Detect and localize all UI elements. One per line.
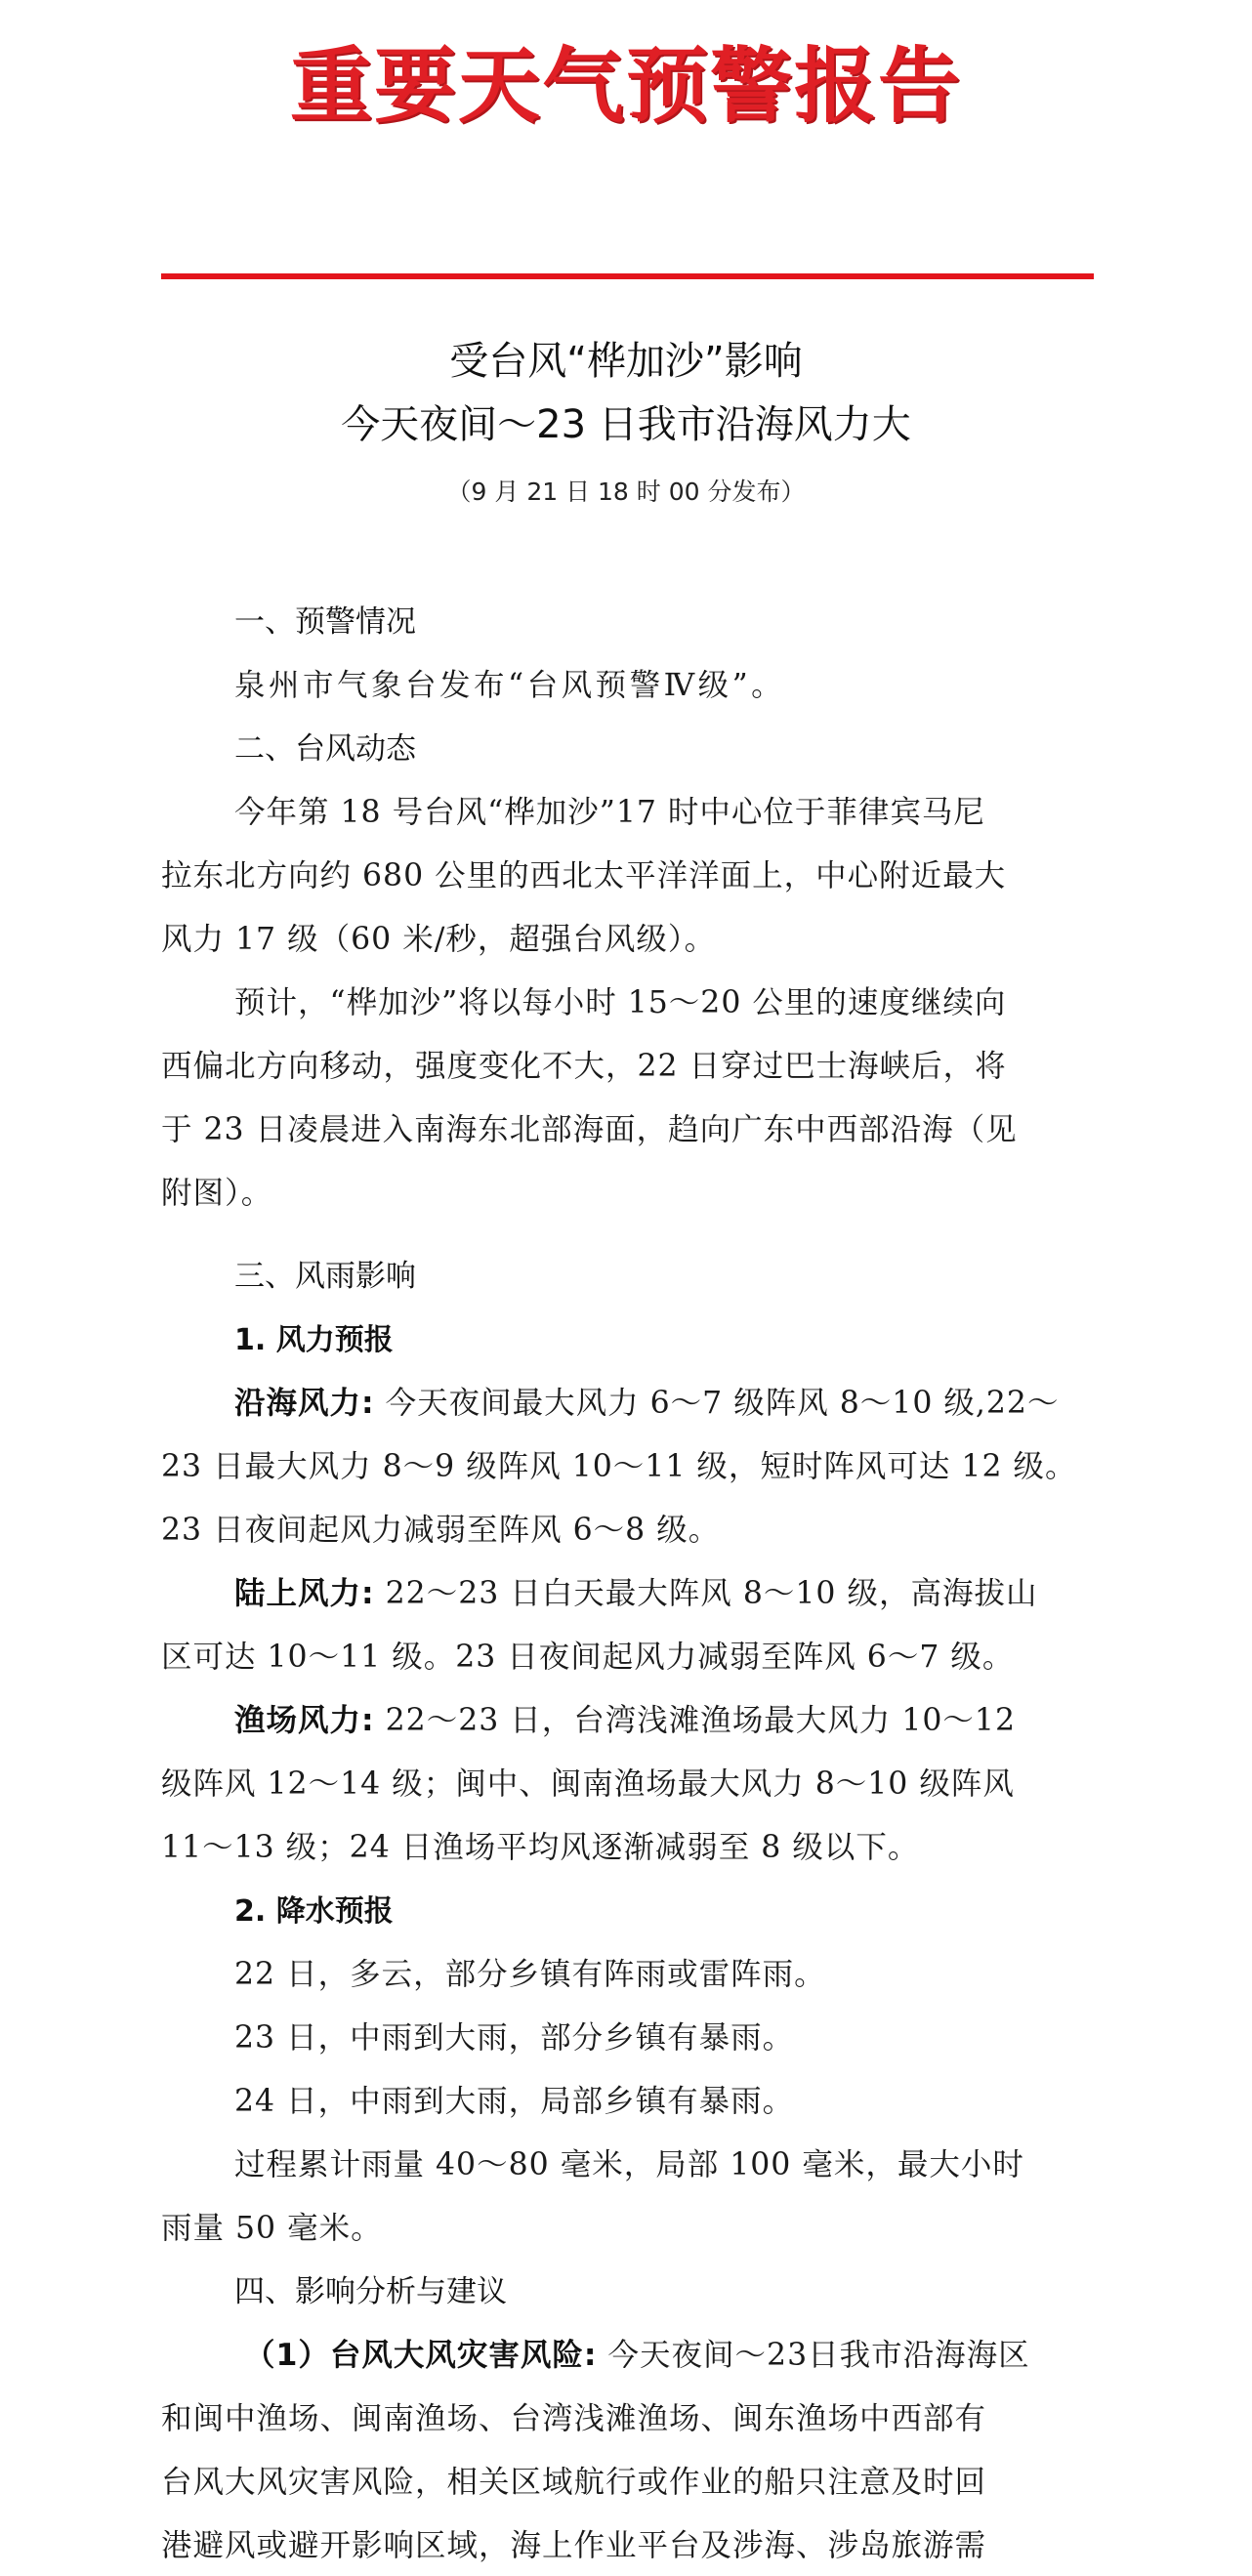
- land-wind-text: 22～23 日白天最大阵风 8～10 级，高海拔山: [375, 1576, 1038, 1611]
- rain-day-23: 23 日，中雨到大雨，部分乡镇有暴雨。: [161, 2007, 1094, 2070]
- rain-day-22: 22 日，多云，部分乡镇有阵雨或雷阵雨。: [161, 1943, 1094, 2007]
- land-wind-line-1: 陆上风力: 22～23 日白天最大阵风 8～10 级，高海拔山: [161, 1562, 1094, 1626]
- land-wind-line-2: 区可达 10～11 级。23 日夜间起风力减弱至阵风 6～7 级。: [161, 1626, 1094, 1689]
- rain-day-24: 24 日，中雨到大雨，局部乡镇有暴雨。: [161, 2070, 1094, 2134]
- section-heading-1: 一、预警情况: [161, 591, 1094, 654]
- fishery-wind-label: 渔场风力:: [234, 1703, 375, 1738]
- fishery-wind-line-2: 级阵风 12～14 级；闽中、闽南渔场最大风力 8～10 级阵风: [161, 1753, 1094, 1816]
- warning-status-text: 泉州市气象台发布“台风预警Ⅳ级”。: [161, 654, 1094, 718]
- coastal-wind-line-1: 沿海风力: 今天夜间最大风力 6～7 级阵风 8～10 级,22～: [161, 1372, 1094, 1435]
- rain-forecast-heading: 2. 降水预报: [161, 1880, 1094, 1943]
- fishery-wind-text: 22～23 日，台湾浅滩渔场最大风力 10～12: [375, 1703, 1016, 1738]
- risk1-line-4: 港避风或避开影响区域，海上作业平台及涉海、涉岛旅游需: [161, 2514, 1094, 2576]
- rain-total-line-2: 雨量 50 毫米。: [161, 2197, 1094, 2261]
- land-wind-label: 陆上风力:: [234, 1576, 375, 1611]
- fishery-wind-line-1: 渔场风力: 22～23 日，台湾浅滩渔场最大风力 10～12: [161, 1689, 1094, 1753]
- risk1-label: （1）台风大风灾害风险:: [244, 2338, 598, 2373]
- section-heading-3: 三、风雨影响: [161, 1245, 1094, 1309]
- headline-line-2: 今天夜间～23 日我市沿海风力大: [0, 397, 1252, 452]
- coastal-wind-label: 沿海风力:: [234, 1386, 375, 1421]
- rain-total-line-1: 过程累计雨量 40～80 毫米，局部 100 毫米，最大小时: [161, 2134, 1094, 2197]
- typhoon-p2-line-2: 西偏北方向移动，强度变化不大，22 日穿过巴士海峡后，将: [161, 1035, 1094, 1099]
- coastal-wind-line-3: 23 日夜间起风力减弱至阵风 6～8 级。: [161, 1499, 1094, 1562]
- risk1-line-1: （1）台风大风灾害风险: 今天夜间～23日我市沿海海区: [161, 2324, 1094, 2388]
- headline-line-1: 受台风“桦加沙”影响: [0, 334, 1252, 389]
- section-heading-4: 四、影响分析与建议: [161, 2261, 1094, 2324]
- report-body: 一、预警情况 泉州市气象台发布“台风预警Ⅳ级”。 二、台风动态 今年第 18 号…: [161, 591, 1094, 2576]
- typhoon-p2-line-4: 附图）。: [161, 1162, 1094, 1226]
- typhoon-p1-line-1: 今年第 18 号台风“桦加沙”17 时中心位于菲律宾马尼: [161, 781, 1094, 845]
- coastal-wind-text: 今天夜间最大风力 6～7 级阵风 8～10 级,22～: [375, 1386, 1060, 1421]
- report-title: 重要天气预警报告: [0, 37, 1252, 135]
- typhoon-p2-line-3: 于 23 日凌晨进入南海东北部海面，趋向广东中西部沿海（见: [161, 1099, 1094, 1162]
- coastal-wind-line-2: 23 日最大风力 8～9 级阵风 10～11 级，短时阵风可达 12 级。: [161, 1435, 1094, 1499]
- red-divider: [161, 273, 1094, 279]
- typhoon-p1-line-3: 风力 17 级（60 米/秒，超强台风级）。: [161, 908, 1094, 972]
- risk1-line-3: 台风大风灾害风险，相关区域航行或作业的船只注意及时回: [161, 2451, 1094, 2514]
- risk1-text: 今天夜间～23日我市沿海海区: [598, 2338, 1030, 2373]
- wind-forecast-heading: 1. 风力预报: [161, 1309, 1094, 1372]
- typhoon-p2-line-1: 预计，“桦加沙”将以每小时 15～20 公里的速度继续向: [161, 972, 1094, 1035]
- typhoon-p1-line-2: 拉东北方向约 680 公里的西北太平洋洋面上，中心附近最大: [161, 845, 1094, 908]
- fishery-wind-line-3: 11～13 级；24 日渔场平均风逐渐减弱至 8 级以下。: [161, 1816, 1094, 1880]
- risk1-line-2: 和闽中渔场、闽南渔场、台湾浅滩渔场、闽东渔场中西部有: [161, 2388, 1094, 2451]
- section-heading-2: 二、台风动态: [161, 718, 1094, 781]
- publish-time: （9 月 21 日 18 时 00 分发布）: [0, 473, 1252, 508]
